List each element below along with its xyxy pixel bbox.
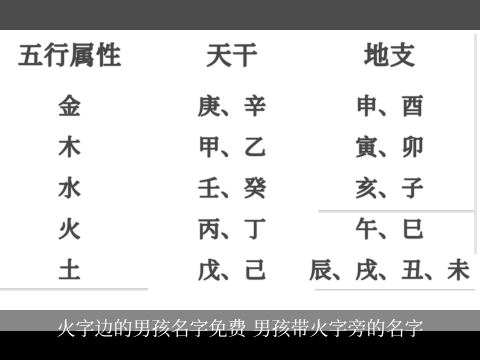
top-bar [0,0,480,30]
table-row: 金 庚、辛 申、酉 [0,88,480,128]
dizhi-cell: 午、巳 [305,211,475,251]
divider [0,288,148,291]
table-row: 火 丙、丁 午、巳 [0,211,480,251]
tiangan-cell: 庚、辛 [160,88,305,128]
tiangan-cell: 壬、癸 [160,170,305,210]
element-cell: 水 [0,170,140,210]
table-row: 木 甲、乙 寅、卯 [0,129,480,169]
element-cell: 木 [0,129,140,169]
element-cell: 金 [0,88,140,128]
tiangan-cell: 戊、己 [160,252,305,292]
caption-text: 火字边的男孩名字免费 男孩带火字旁的名字 [0,316,480,342]
header-wuxing: 五行属性 [0,36,140,76]
tiangan-cell: 甲、乙 [160,129,305,169]
caption-bar: 火字边的男孩名字免费 男孩带火字旁的名字 [0,310,480,360]
divider [318,210,474,213]
dizhi-cell: 申、酉 [305,88,475,128]
tiangan-cell: 丙、丁 [160,211,305,251]
table-row: 水 壬、癸 亥、子 [0,170,480,210]
dizhi-cell: 寅、卯 [305,129,475,169]
table-header-row: 五行属性 天干 地支 [0,36,480,76]
dizhi-cell: 亥、子 [305,170,475,210]
element-cell: 火 [0,211,140,251]
divider [315,289,475,291]
header-tiangan: 天干 [160,36,305,76]
header-dizhi: 地支 [305,36,475,76]
element-cell: 土 [0,252,140,292]
table-row: 土 戊、己 辰、戌、丑、未 [0,252,480,292]
dizhi-cell: 辰、戌、丑、未 [305,252,475,292]
